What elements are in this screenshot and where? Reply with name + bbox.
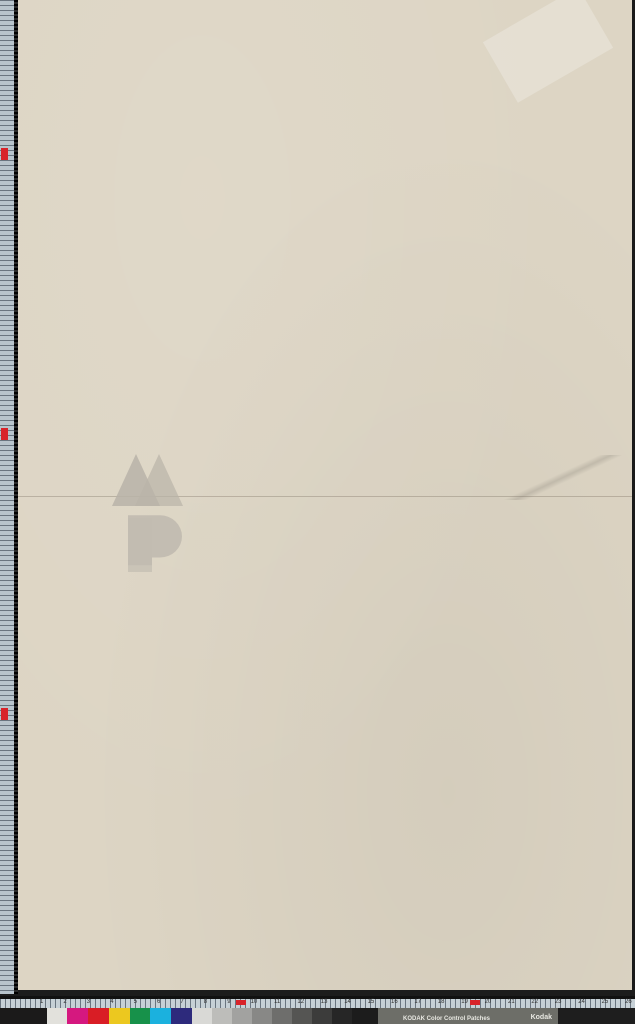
ruler-label: 9 bbox=[227, 999, 230, 1005]
kodak-brand: Kodak bbox=[531, 1014, 552, 1021]
ruler-label: 3 bbox=[87, 999, 90, 1005]
ruler-red-marker bbox=[1, 708, 8, 720]
ruler-label: 2 bbox=[63, 999, 66, 1005]
poster-back bbox=[18, 0, 635, 990]
kodak-label: KODAK Color Control Patches Kodak bbox=[378, 1008, 558, 1024]
ruler-label: 18 bbox=[438, 999, 445, 1005]
ruler-label: 19 bbox=[461, 999, 468, 1005]
color-patch-black bbox=[0, 1008, 47, 1024]
ruler-label: 5 bbox=[134, 999, 137, 1005]
ruler-label: 11 bbox=[274, 999, 280, 1005]
ruler-red-marker bbox=[236, 1000, 246, 1005]
mp-watermark-logo-icon bbox=[112, 452, 187, 572]
ruler-label: 24 bbox=[578, 999, 585, 1005]
color-patch-magenta bbox=[67, 1008, 88, 1024]
ruler-label: 7 bbox=[180, 999, 183, 1005]
color-patch-gray-8 bbox=[332, 1008, 352, 1024]
ruler-label: 25 bbox=[602, 999, 609, 1005]
color-patch-green bbox=[130, 1008, 150, 1024]
ruler-label: 21 bbox=[508, 999, 515, 1005]
ruler-red-marker bbox=[1, 148, 8, 160]
color-patch-yellow bbox=[109, 1008, 130, 1024]
ruler-label: 26 bbox=[625, 999, 632, 1005]
color-patch-gray-3 bbox=[232, 1008, 252, 1024]
kodak-title: KODAK Color Control Patches bbox=[403, 1016, 490, 1022]
bottom-ruler: 1234567891011121314151617181920212223242… bbox=[0, 996, 635, 1008]
ruler-label: 14 bbox=[344, 999, 351, 1005]
tape-residue bbox=[483, 0, 613, 103]
color-patch-cyan bbox=[150, 1008, 171, 1024]
ruler-label: 20 bbox=[485, 999, 492, 1005]
color-patch-white bbox=[47, 1008, 67, 1024]
pencil-mark bbox=[488, 455, 635, 500]
ruler-red-marker bbox=[1, 428, 8, 440]
color-patch-gray-5 bbox=[272, 1008, 292, 1024]
ruler-label: 8 bbox=[204, 999, 207, 1005]
color-patch-red bbox=[88, 1008, 109, 1024]
ruler-label: 1 bbox=[40, 999, 43, 1005]
color-patch-gray-6 bbox=[292, 1008, 312, 1024]
ruler-label: 23 bbox=[555, 999, 562, 1005]
color-patch-gray-1 bbox=[192, 1008, 212, 1024]
color-patch-gray-4 bbox=[252, 1008, 272, 1024]
ruler-label: 13 bbox=[321, 999, 328, 1005]
color-patch-gray-2 bbox=[212, 1008, 232, 1024]
ruler-label: 6 bbox=[157, 999, 160, 1005]
strip-end bbox=[558, 1008, 635, 1024]
ruler-label: 22 bbox=[531, 999, 538, 1005]
ruler-label: 17 bbox=[414, 999, 421, 1005]
color-patch-gray-7 bbox=[312, 1008, 332, 1024]
ruler-label: 4 bbox=[110, 999, 113, 1005]
color-patch-blue bbox=[171, 1008, 192, 1024]
ruler-label: 15 bbox=[368, 999, 375, 1005]
ruler-label: 16 bbox=[391, 999, 398, 1005]
ruler-red-marker bbox=[470, 1000, 480, 1005]
ruler-label: 12 bbox=[297, 999, 304, 1005]
ruler-label: 10 bbox=[251, 999, 258, 1005]
